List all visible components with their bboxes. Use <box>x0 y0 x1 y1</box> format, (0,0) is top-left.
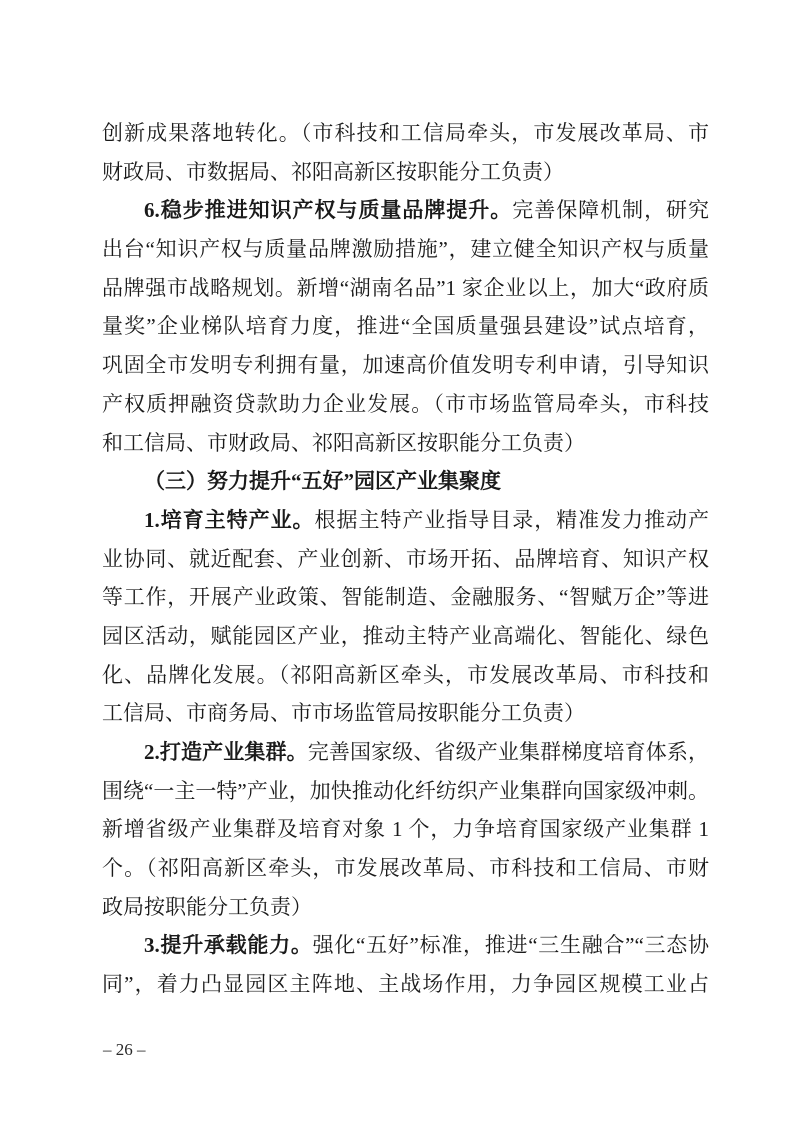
text-run: 产权质押融资贷款助力企业发展。（市市场监管局牵头，市科技 <box>102 392 709 416</box>
document-body: 创新成果落地转化。（市科技和工信局牵头，市发展改革局、市财政局、市数据局、祁阳高… <box>102 114 709 1004</box>
text-run: 品牌强市战略规划。新增“湖南名品”1 家企业以上，加大“政府质 <box>102 276 709 300</box>
text-run: 化、品牌化发展。（祁阳高新区牵头，市发展改革局、市科技和 <box>102 663 709 687</box>
text-run: 新增省级产业集群及培育对象 1 个，力争培育国家级产业集群 1 <box>102 817 709 841</box>
text-line: 创新成果落地转化。（市科技和工信局牵头，市发展改革局、市 <box>102 114 709 153</box>
text-line: 工信局、市商务局、市市场监管局按职能分工负责） <box>102 694 709 733</box>
text-run: 财政局、市数据局、祁阳高新区按职能分工负责） <box>102 160 564 184</box>
text-run: 同”，着力凸显园区主阵地、主战场作用，力争园区规模工业占 <box>102 972 709 996</box>
text-line: 等工作，开展产业政策、智能制造、金融服务、“智赋万企”等进 <box>102 578 709 617</box>
text-line: 品牌强市战略规划。新增“湖南名品”1 家企业以上，加大“政府质 <box>102 269 709 308</box>
para-item-3-carrying-capacity: 3.提升承载能力。强化“五好”标准，推进“三生融合”“三态协同”，着力凸显园区主… <box>102 926 709 1003</box>
document-page: 创新成果落地转化。（市科技和工信局牵头，市发展改革局、市财政局、市数据局、祁阳高… <box>0 0 793 1122</box>
text-run: 围绕“一主一特”产业，加快推动化纤纺织产业集群向国家级冲刺。 <box>102 779 709 803</box>
text-run: 强化“五好”标准，推进“三生融合”“三态协 <box>313 933 709 957</box>
text-run: 出台“知识产权与质量品牌激励措施”，建立健全知识产权与质量 <box>102 237 709 261</box>
text-line: 量奖”企业梯队培育力度，推进“全国质量强县建设”试点培育， <box>102 307 709 346</box>
text-line: 出台“知识产权与质量品牌激励措施”，建立健全知识产权与质量 <box>102 230 709 269</box>
text-line: 产权质押融资贷款助力企业发展。（市市场监管局牵头，市科技 <box>102 385 709 424</box>
text-line: 2.打造产业集群。完善国家级、省级产业集群梯度培育体系， <box>102 733 709 772</box>
text-line: 巩固全市发明专利拥有量，加速高价值发明专利申请，引导知识 <box>102 346 709 385</box>
para-heading-section-3: （三）努力提升“五好”园区产业集聚度 <box>102 462 709 501</box>
text-line: 业协同、就近配套、产业创新、市场开拓、品牌培育、知识产权 <box>102 540 709 579</box>
para-continuation-innovation: 创新成果落地转化。（市科技和工信局牵头，市发展改革局、市财政局、市数据局、祁阳高… <box>102 114 709 191</box>
bold-text-run: （三）努力提升“五好”园区产业集聚度 <box>144 469 501 493</box>
text-run: 创新成果落地转化。（市科技和工信局牵头，市发展改革局、市 <box>102 121 709 145</box>
text-line: 同”，着力凸显园区主阵地、主战场作用，力争园区规模工业占 <box>102 965 709 1004</box>
text-run: 完善保障机制，研究 <box>512 198 709 222</box>
text-line: 6.稳步推进知识产权与质量品牌提升。完善保障机制，研究 <box>102 191 709 230</box>
text-line: 和工信局、市财政局、祁阳高新区按职能分工负责） <box>102 424 709 463</box>
text-line: 1.培育主特产业。根据主特产业指导目录，精准发力推动产 <box>102 501 709 540</box>
text-line: 化、品牌化发展。（祁阳高新区牵头，市发展改革局、市科技和 <box>102 656 709 695</box>
text-run: 完善国家级、省级产业集群梯度培育体系， <box>308 740 709 764</box>
bold-text-run: 2.打造产业集群。 <box>144 740 308 764</box>
text-run: 量奖”企业梯队培育力度，推进“全国质量强县建设”试点培育， <box>102 314 709 338</box>
page-number: – 26 – <box>103 1040 146 1060</box>
text-line: 园区活动，赋能园区产业，推动主特产业高端化、智能化、绿色 <box>102 617 709 656</box>
para-item-1-main-industries: 1.培育主特产业。根据主特产业指导目录，精准发力推动产业协同、就近配套、产业创新… <box>102 501 709 733</box>
para-item-6-ip-quality-brand: 6.稳步推进知识产权与质量品牌提升。完善保障机制，研究出台“知识产权与质量品牌激… <box>102 191 709 462</box>
bold-text-run: 3.提升承载能力。 <box>144 933 313 957</box>
para-item-2-industry-clusters: 2.打造产业集群。完善国家级、省级产业集群梯度培育体系，围绕“一主一特”产业，加… <box>102 733 709 926</box>
bold-text-run: 6.稳步推进知识产权与质量品牌提升。 <box>144 198 512 222</box>
text-line: 围绕“一主一特”产业，加快推动化纤纺织产业集群向国家级冲刺。 <box>102 772 709 811</box>
text-run: 政局按职能分工负责） <box>102 895 312 919</box>
text-run: 巩固全市发明专利拥有量，加速高价值发明专利申请，引导知识 <box>102 353 709 377</box>
text-run: 业协同、就近配套、产业创新、市场开拓、品牌培育、知识产权 <box>102 547 709 571</box>
text-line: 财政局、市数据局、祁阳高新区按职能分工负责） <box>102 153 709 192</box>
text-line: 3.提升承载能力。强化“五好”标准，推进“三生融合”“三态协 <box>102 926 709 965</box>
text-run: 根据主特产业指导目录，精准发力推动产 <box>315 508 709 532</box>
text-run: 等工作，开展产业政策、智能制造、金融服务、“智赋万企”等进 <box>102 585 709 609</box>
text-run: 个。（祁阳高新区牵头，市发展改革局、市科技和工信局、市财 <box>102 856 709 880</box>
text-line: 新增省级产业集群及培育对象 1 个，力争培育国家级产业集群 1 <box>102 810 709 849</box>
text-line: 政局按职能分工负责） <box>102 888 709 927</box>
text-run: 工信局、市商务局、市市场监管局按职能分工负责） <box>102 701 585 725</box>
text-line: 个。（祁阳高新区牵头，市发展改革局、市科技和工信局、市财 <box>102 849 709 888</box>
text-line: （三）努力提升“五好”园区产业集聚度 <box>102 462 709 501</box>
text-run: 和工信局、市财政局、祁阳高新区按职能分工负责） <box>102 431 585 455</box>
text-run: 园区活动，赋能园区产业，推动主特产业高端化、智能化、绿色 <box>102 624 709 648</box>
bold-text-run: 1.培育主特产业。 <box>144 508 315 532</box>
